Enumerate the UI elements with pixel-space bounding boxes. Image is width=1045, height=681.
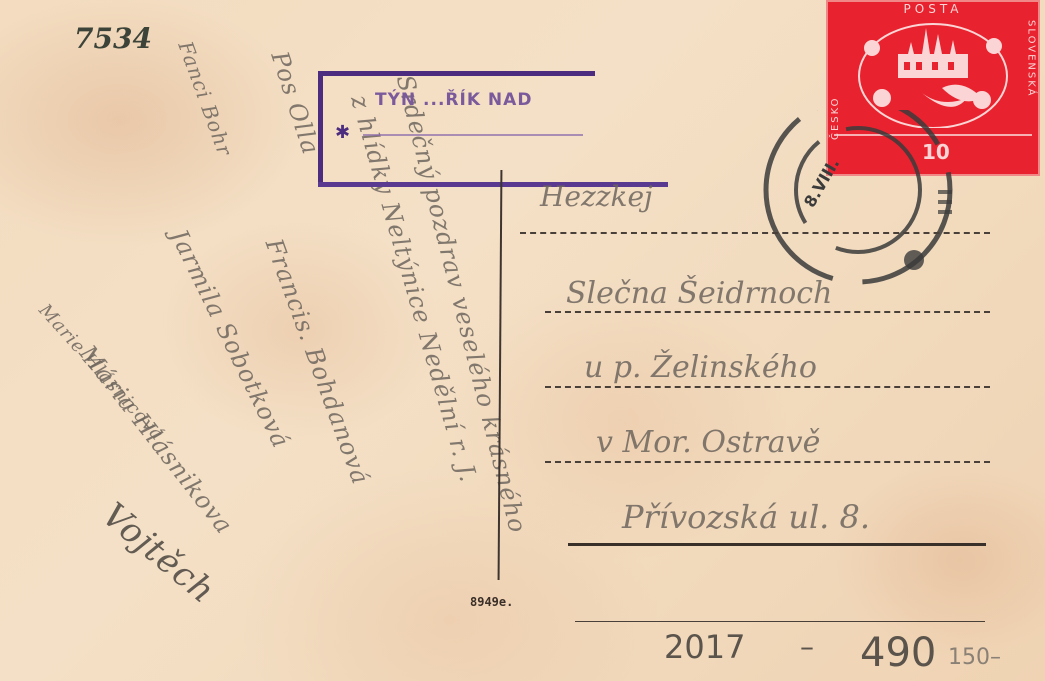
address-rule-5 <box>568 543 986 546</box>
star-icon: ✱ <box>335 122 350 143</box>
address-rule-1 <box>520 232 990 234</box>
message-line-3: Francis. Bohdanová <box>260 235 375 489</box>
cancel-box-stamp: TÝN ...ŘÍK NAD ✱ <box>318 71 590 187</box>
address-rule-2 <box>545 311 990 313</box>
catalog-price: 490 <box>860 630 936 676</box>
address-street: Přívozská ul. 8. <box>622 498 870 536</box>
inventory-number: 7534 <box>74 22 152 55</box>
bottom-rule <box>575 621 985 622</box>
box-stamp-text: TÝN ...ŘÍK NAD <box>375 90 532 110</box>
postcard-back: 7534 Srdečný pozdrav veselého krásného z… <box>0 0 1045 681</box>
address-rule-4 <box>545 461 990 463</box>
box-stamp-inner-line <box>363 134 583 136</box>
stamp-right-text: SLOVENSKÁ <box>1025 20 1036 97</box>
catalog-suffix: 150– <box>948 645 1001 670</box>
catalog-dash: – <box>800 630 814 663</box>
message-line-fanci: Fanci Bohr <box>173 38 237 159</box>
print-code: 8949e. <box>470 595 513 609</box>
address-city: v Mor. Ostravě <box>596 425 820 460</box>
message-line-pos: Pos Olla <box>265 48 325 158</box>
message-line-marie: Marie Hlásnicová - <box>34 300 177 455</box>
address-name: Slečna Šeidrnoch <box>566 276 832 311</box>
address-salutation: Hezzkej <box>540 180 653 213</box>
address-care-of: u p. Želinského <box>584 350 817 385</box>
box-stamp-top-border <box>323 71 595 76</box>
postmark-date: 8.VIII. <box>800 155 843 211</box>
address-rule-3 <box>545 386 990 388</box>
stamp-header: POSTA <box>826 2 1040 16</box>
catalog-number-left: 2017 <box>664 628 745 666</box>
